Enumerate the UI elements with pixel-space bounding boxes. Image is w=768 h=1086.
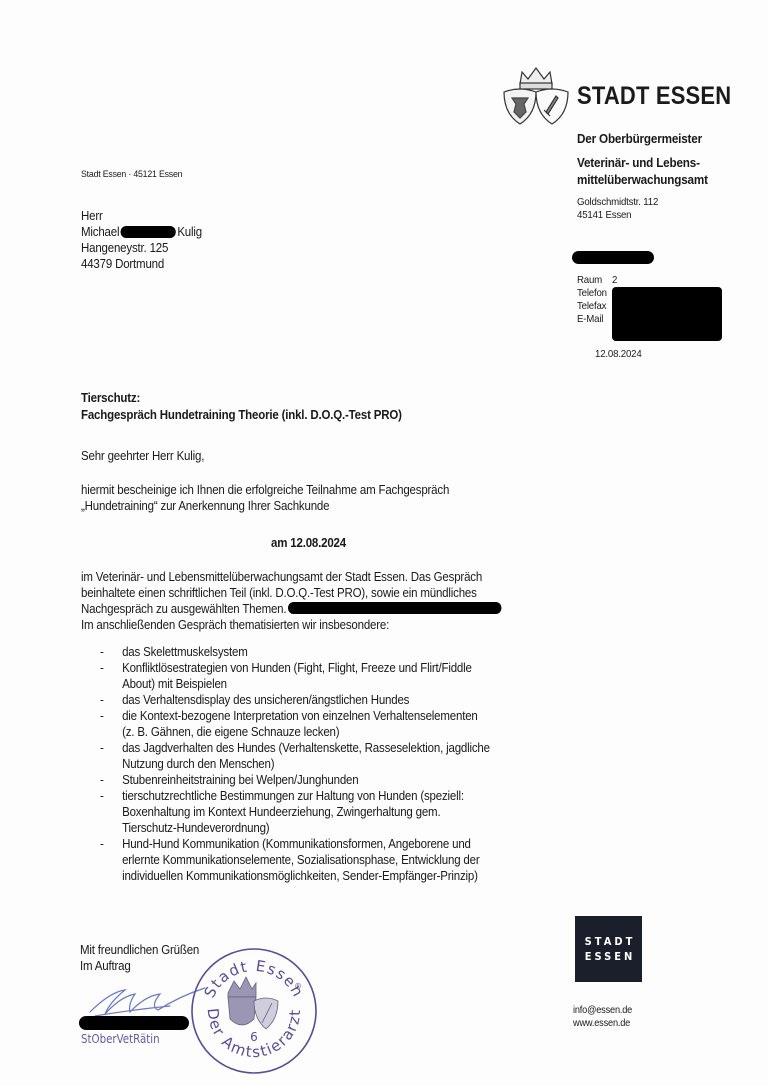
topic-line: (z. B. Gähnen, die eigene Schnauze lecke…	[122, 724, 551, 740]
topic-line: Stubenreinheitstraining bei Welpen/Jungh…	[122, 772, 551, 788]
body-line4: Im anschließenden Gespräch thematisierte…	[81, 617, 502, 633]
body-paragraph: im Veterinär- und Lebensmittelüberwachun…	[81, 569, 502, 633]
brand-line2: ESSEN	[582, 949, 636, 964]
room-label: Raum	[577, 274, 612, 287]
closing-on-behalf: Im Auftrag	[80, 958, 199, 974]
office-name: Veterinär- und Lebens- mittelüberwachung…	[577, 154, 708, 188]
topic-item: das Skelettmuskelsystem	[100, 644, 551, 660]
fax-label: Telefax	[577, 300, 606, 313]
coat-of-arms-icon	[500, 64, 572, 126]
letter-salutation: Sehr geehrter Herr Kulig,	[81, 449, 204, 463]
brand-line1: STADT	[582, 934, 636, 949]
recipient-name: Michael Kulig	[81, 224, 202, 240]
body-line3-row: Nachgespräch zu ausgewählten Themen.	[81, 601, 502, 617]
recipient-city: 44379 Dortmund	[81, 256, 202, 272]
mayor-title: Der Oberbürgermeister	[577, 131, 702, 146]
body-line2: beinhaltete einen schriftlichen Teil (in…	[81, 585, 502, 601]
topic-line: das Verhaltensdisplay des unsicheren/äng…	[122, 692, 551, 708]
topic-line: das Skelettmuskelsystem	[122, 644, 551, 660]
closing-greeting: Mit freundlichen Grüßen	[80, 942, 199, 958]
phone-label: Telefon	[577, 287, 607, 300]
subject-line1: Tierschutz:	[81, 390, 402, 407]
brand-logo-box: STADT ESSEN	[575, 916, 642, 982]
topic-item: das Jagdverhalten des Hundes (Verhaltens…	[100, 740, 551, 772]
office-street: Goldschmidtstr. 112	[577, 196, 658, 209]
redaction-middle-name	[120, 226, 175, 238]
topic-item: tierschutzrechtliche Bestimmungen zur Ha…	[100, 788, 551, 836]
office-address: Goldschmidtstr. 112 45141 Essen	[577, 196, 658, 222]
stamp-number: 6	[250, 1030, 258, 1044]
official-stamp: Stadt Essen Der Amtstierarzt 6 ®	[188, 945, 320, 1077]
recipient-first-name: Michael	[81, 224, 119, 240]
redaction-signer-name	[79, 1016, 189, 1030]
topic-item: das Verhaltensdisplay des unsicheren/äng…	[100, 692, 551, 708]
topic-line: About) mit Beispielen	[122, 676, 551, 692]
redaction-contact-values	[612, 287, 722, 341]
recipient-last-name: Kulig	[177, 224, 202, 240]
topic-line: erlernte Kommunikationselemente, Soziali…	[122, 852, 551, 868]
subject: Tierschutz: Fachgespräch Hundetraining T…	[81, 390, 402, 424]
office-name-line2: mittelüberwachungsamt	[577, 171, 708, 188]
topic-item: Stubenreinheitstraining bei Welpen/Jungh…	[100, 772, 551, 788]
organization-name: STADT ESSEN	[577, 82, 731, 111]
topic-line: Boxenhaltung im Kontext Hundeerziehung, …	[122, 804, 551, 820]
footer-email-link[interactable]: info@essen.de	[573, 1004, 632, 1017]
topic-line: Tierschutz-Hundeverordnung)	[122, 820, 551, 836]
office-city: 45141 Essen	[577, 209, 658, 222]
topic-line: individuellen Kommunikationsmöglichkeite…	[122, 868, 551, 884]
redaction-body-text	[288, 602, 501, 614]
topic-line: die Kontext-bezogene Interpretation von …	[122, 708, 551, 724]
email-label: E-Mail	[577, 313, 603, 326]
body-line1: im Veterinär- und Lebensmittelüberwachun…	[81, 569, 502, 585]
redaction-contact-person	[572, 251, 654, 264]
room-row: Raum 2	[577, 274, 617, 287]
topic-line: Hund-Hund Kommunikation (Kommunikationsf…	[122, 836, 551, 852]
letter-date: 12.08.2024	[595, 348, 642, 360]
sender-return-line: Stadt Essen · 45121 Essen	[81, 169, 182, 180]
svg-text:®: ®	[294, 982, 302, 991]
topic-item: die Kontext-bezogene Interpretation von …	[100, 708, 551, 740]
topic-line: Nutzung durch den Menschen)	[122, 756, 551, 772]
topic-line: das Jagdverhalten des Hundes (Verhaltens…	[122, 740, 551, 756]
topic-item: Hund-Hund Kommunikation (Kommunikationsf…	[100, 836, 551, 884]
topic-item: Konfliktlösestrategien von Hunden (Fight…	[100, 660, 551, 692]
intro-paragraph: hiermit bescheinige ich Ihnen die erfolg…	[81, 482, 449, 514]
topic-line: Konfliktlösestrategien von Hunden (Fight…	[122, 660, 551, 676]
footer-website-link[interactable]: www.essen.de	[573, 1017, 632, 1030]
subject-line2: Fachgespräch Hundetraining Theorie (inkl…	[81, 407, 402, 424]
topics-list: das SkelettmuskelsystemKonfliktlösestrat…	[100, 644, 551, 884]
room-value: 2	[612, 274, 617, 287]
recipient-address: Herr Michael Kulig Hangeneystr. 125 4437…	[81, 208, 202, 272]
office-name-line1: Veterinär- und Lebens-	[577, 154, 708, 171]
exam-date: am 12.08.2024	[271, 536, 346, 550]
topic-line: tierschutzrechtliche Bestimmungen zur Ha…	[122, 788, 551, 804]
intro-line1: hiermit bescheinige ich Ihnen die erfolg…	[81, 482, 449, 498]
footer-contact: info@essen.de www.essen.de	[573, 1004, 632, 1030]
recipient-street: Hangeneystr. 125	[81, 240, 202, 256]
closing: Mit freundlichen Grüßen Im Auftrag	[80, 942, 199, 974]
recipient-salutation: Herr	[81, 208, 202, 224]
signer-title: StOberVetRätin	[81, 1032, 160, 1046]
body-line3: Nachgespräch zu ausgewählten Themen.	[81, 602, 286, 616]
intro-line2: „Hundetraining“ zur Anerkennung Ihrer Sa…	[81, 498, 449, 514]
